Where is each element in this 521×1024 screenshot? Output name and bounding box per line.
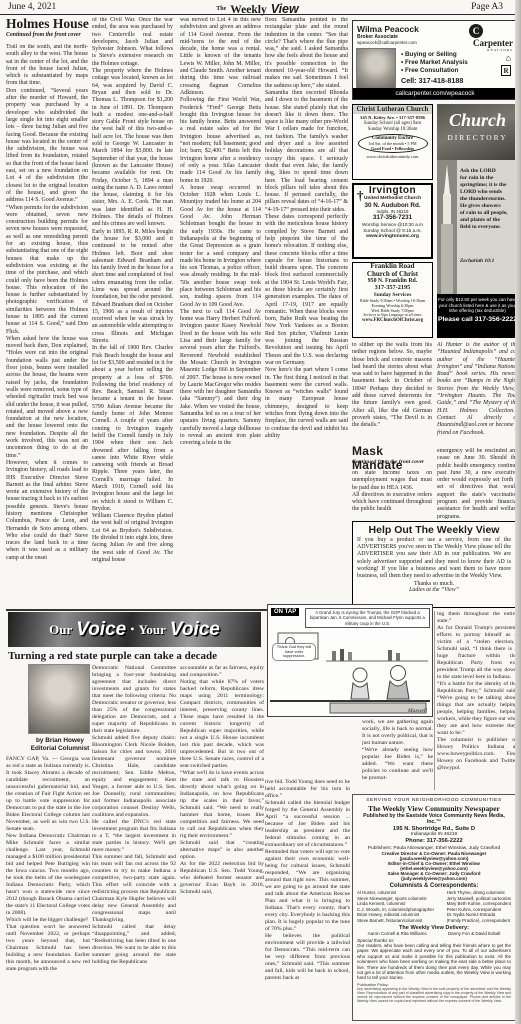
columnist-item: Mary Beth Kuhne, correspondent: [447, 901, 511, 907]
realtor-ad: Wilma Peacock Broker Associate wpeacock@…: [352, 20, 518, 100]
church-schedule: Sunday School (all ages) 9am: [353, 121, 432, 126]
editorial-headline: Turning a red state purple can take a de…: [8, 650, 288, 662]
church-directory: Christ Lutheran Church 345 N. Kitley Ave…: [352, 104, 518, 338]
masthead-published-by: Published by the Eastside Voice Communit…: [357, 813, 511, 825]
church-address: 345 N. Kitley Ave. • 317-357-8596: [353, 115, 432, 120]
holmes-continued-note: Continued from the front cover: [6, 32, 94, 38]
cross-flame-icon: †: [357, 188, 364, 204]
masthead-owner-line: Sales Manager & Co-Owner: Judy Crawford …: [357, 871, 511, 881]
editorial-column-2: Democratic National Committee bringing a…: [92, 665, 176, 1021]
church-schedule: Worship Service @10:30 a.m: [354, 222, 431, 227]
holmes-column-1: Trail on the south, and the north-south …: [6, 44, 88, 608]
columnists-lists: Al Hunter, columnist Steve Nicewanger, s…: [357, 890, 511, 923]
newspaper-page: June 4, 2021 The Weekly View Page A3 Hol…: [0, 0, 521, 1024]
church-phone: 317-357-2195: [353, 284, 432, 291]
promo-line: For only $12.50 per week you can have: [437, 297, 518, 303]
help-out-title: Help Out The Weekly View: [357, 524, 511, 536]
masthead-paper-name: The Weekly View Community Newspaper: [357, 804, 511, 813]
columnist-item: Herb Thyme, dining columnist: [447, 890, 511, 896]
holmes-column-4: floor. Samantha pointed to the rectangul…: [265, 17, 348, 608]
banner-bullet: •: [130, 622, 134, 637]
realtor-services-list: • Buying or Selling • Free Market Analys…: [401, 51, 468, 75]
editorial-column-1: FANCY GAP, Va. — Georgia was as red a st…: [6, 756, 90, 1020]
church-website: www.christlutheranindy.com: [353, 154, 432, 159]
cartoon-caption: A Grand Jury is eyeing the Trumps, the G…: [305, 608, 430, 628]
columnist-item: (Family Practice), correspondent: [447, 918, 511, 924]
directory-title-caps: DIRECTORY: [437, 133, 518, 142]
carpenter-logo-icon: C: [469, 24, 483, 38]
masthead-city: Indianapolis IN 46219: [357, 832, 511, 837]
service-item: • Free Consultation: [401, 67, 468, 75]
realtor-portrait-photo: [356, 48, 396, 88]
church-schedule: Sunday School @ 9:15 a.m.: [354, 228, 431, 233]
bible-verse-text: Ask the LORD for rain in the springtime;…: [460, 168, 515, 231]
church-address: 30 N. Audubon Rd.: [354, 202, 431, 209]
delivery-names: Aaron Cornell & Rita Williams Danny Fon …: [357, 931, 511, 936]
masthead-serving-line: SERVING YOUR NEIGHBORHOOD COMMUNITIES: [357, 798, 511, 803]
realtor-name: Wilma Peacock: [357, 24, 419, 34]
delivery-team: Aaron Cornell & Rita Williams: [368, 931, 427, 936]
bible-verse-reference: Zechariah 10:1: [460, 258, 515, 264]
church-phone: 317-356-7231: [354, 214, 431, 221]
promo-line: tithe offering (tax deductible): [437, 308, 518, 314]
holmes-column-3: was moved to Lot 4 in this new subdivisi…: [180, 17, 261, 608]
banner-word: Our: [49, 622, 72, 638]
banner-word: Your: [138, 622, 165, 638]
irvington-umc-ad: † Irvington United Methodist Church 30 N…: [352, 183, 433, 259]
masthead-the: The: [216, 6, 226, 12]
cartoonist-signature: Maxwell: [408, 708, 427, 714]
euchre-oval: Community Euchre 3rd Sat. of the month •…: [358, 134, 428, 153]
help-out-body: If you buy a product or use a service, f…: [357, 537, 511, 580]
mask-mandate-column-2: emergency will be rescinded and cease on…: [437, 448, 518, 519]
franklin-road-ad: Franklin RoadChurch of Christ 950 N. Fra…: [352, 262, 433, 338]
church-website: www.FRChurchOfChrist.org: [353, 318, 432, 323]
church-directory-header: Church DIRECTORY: [437, 104, 518, 160]
page-header: June 4, 2021 The Weekly View Page A3: [0, 0, 515, 15]
columnists-left-list: Al Hunter, columnist Steve Nicewanger, s…: [357, 890, 434, 923]
page-number: Page A3: [471, 2, 503, 12]
directory-title-script: Church: [437, 110, 518, 131]
church-schedule: Sunday Worship 10:30am: [353, 127, 432, 132]
help-out-signature: Ladies at the “View”: [357, 587, 511, 593]
scan-edge: [515, 0, 521, 1024]
church-sign-language-note: Services in Sign Language at all times: [353, 313, 432, 317]
service-item: • Free Market Analysis: [401, 59, 468, 67]
help-out-box: Help Out The Weekly View If you buy a pr…: [352, 521, 516, 608]
masthead-owner-line: Creative Director & Co-Owner: Paula Nice…: [357, 851, 511, 861]
church-denomination: United Methodist Church: [354, 196, 431, 201]
promo-phone: Please call 317-356-2222: [437, 316, 518, 323]
columnist-item: Steve Barnett, historian/columnist: [357, 918, 434, 924]
masthead-phone: Phone: 317-356-2222: [357, 838, 511, 844]
banner-word: Voice: [170, 619, 220, 641]
column-rule: [434, 611, 435, 790]
mask-mandate-title: Mask Mandate: [352, 444, 434, 472]
publication-policy-body: Any advertising appearing in the Weekly …: [357, 987, 511, 1003]
euchre-tagline: Good Food • Fellowship: [359, 146, 427, 151]
cartoon-on-tap-label: ON TAP: [271, 608, 299, 616]
church-schedule: Bible Study 9:30am • Worship 10:30am: [353, 298, 432, 303]
columnists-header: Columnists & Correspondents:: [357, 883, 511, 889]
bible-verse-panel: Ask the LORD for rain in the springtime;…: [437, 160, 518, 294]
masthead-view: View: [271, 2, 299, 16]
realtor-r-icon: R: [501, 65, 511, 76]
realtor-email: wpeacock@callcarpenter.com: [357, 40, 417, 45]
delivery-team: Danny Fon & David Edsall: [448, 931, 501, 936]
church-steeple-icon: [437, 160, 457, 294]
cartoon-speech-bubble: Thank God they still have voter suppress…: [272, 643, 316, 661]
carpenter-realtors-label: REALTORS: [487, 48, 513, 52]
service-item: • Buying or Selling: [401, 51, 468, 59]
political-cartoon: ON TAP A Grand Jury is eyeing the Trumps…: [267, 604, 433, 717]
church-name: Franklin RoadChurch of Christ: [353, 263, 432, 278]
editorial-column-6: ing them throughout the entire state.” A…: [437, 611, 517, 789]
equal-housing-icon: ⌂: [506, 53, 511, 63]
mask-mandate-continued-note: Continued from the front cover: [352, 459, 434, 465]
realtor-website: callcarpenter.com/wpeacock: [353, 88, 517, 99]
editorial-column-4: tive bid. Todd Young does need to be hel…: [265, 779, 350, 1021]
masthead-box: SERVING YOUR NEIGHBORHOOD COMMUNITIES Th…: [352, 794, 516, 1021]
directory-promo-box: For only $12.50 per week you can have yo…: [437, 294, 518, 338]
holmes-column-2: of the Civil War. Once the war ended, th…: [92, 17, 173, 608]
columnist-portrait-photo: [28, 664, 90, 734]
church-name: Christ Lutheran Church: [353, 105, 432, 114]
church-website: www.irvingtonumc.org: [354, 234, 431, 239]
mask-mandate-column-1: on state income taxes on unemployment wa…: [352, 470, 432, 519]
realtor-phone: Cell: 317-418-8188: [401, 76, 463, 85]
masthead-owner-line: Editor-in-Chief & Co-Owner: Ethel Winslo…: [357, 861, 511, 871]
special-thanks-body: Our readers, who have been calling and t…: [357, 943, 511, 981]
editorial-column-5: work, we are gathering again socially, l…: [362, 719, 433, 791]
holmes-continuation-left: to slither up the walls from his nether …: [352, 342, 432, 444]
our-voice-banner: Our Voice • Your Voice: [8, 612, 261, 647]
holmes-article-title: Holmes House: [6, 16, 94, 32]
banner-word: Voice: [76, 619, 126, 641]
masthead-weekly: Weekly: [230, 4, 266, 16]
christ-lutheran-ad: Christ Lutheran Church 345 N. Kitley Ave…: [352, 104, 433, 180]
editorial-column-3: accountable as far as fairness, equity a…: [180, 665, 264, 1021]
holmes-author-bio: Al Hunter is the author of the “Haunted …: [437, 342, 518, 444]
columnists-right-list: Herb Thyme, dining columnist Jerry Maxwe…: [447, 890, 511, 923]
church-name: Irvington: [354, 185, 431, 196]
carpenter-brand: Carpenter: [473, 38, 513, 48]
